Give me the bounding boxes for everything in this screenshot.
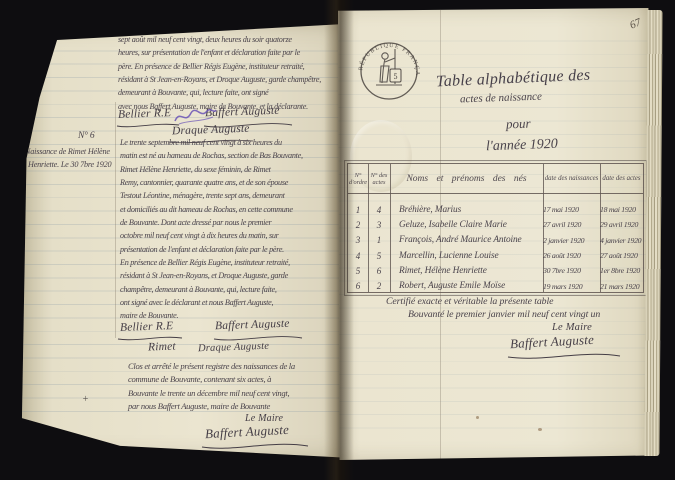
cell-actedate: 1er 8bre 1920 [600,266,643,275]
closure-paragraph: Clos et arrêté le présent registre des n… [128,360,295,413]
cell-birthdate: 30 7bre 1920 [543,266,600,275]
handwritten-line: Testout Léontine, ménagère, trente sept … [120,189,303,202]
paper-spot [476,416,479,419]
cell-order: 6 [348,281,368,291]
handwritten-line: heures, sur présentation de l'enfant et … [118,46,321,59]
signature-baffert-2: Baffert Auguste [215,318,290,333]
column-header-order: N° d'ordre [348,164,368,193]
table-row: 3 1 François, André Maurice Antoine 2 ja… [348,233,643,248]
stamp-text: RÉPUBLIQUE FRANÇAISE [354,36,420,77]
cell-name: Bréhière, Marius [390,205,543,215]
table-row: 1 4 Bréhière, Marius 17 mai 1920 18 mai … [348,202,643,217]
handwritten-line: par nous Baffert Auguste, maire de Bouva… [128,400,295,413]
signature-bellier-2: Bellier R.E [120,320,174,334]
margin-cross-mark: + [82,394,89,405]
cell-order: 2 [348,220,368,230]
column-header-acte: N° des actes [368,164,390,193]
handwritten-line: champêtre, demeurant à Bouvante, qui, le… [120,283,303,296]
table-row: 4 5 Marcellin, Lucienne Louise 26 août 1… [348,248,643,263]
handwritten-line: Clos et arrêté le présent registre des n… [128,360,295,373]
table-header-row: N° d'ordre N° des actes Noms et prénoms … [348,164,643,194]
cell-actedate: 21 mars 1920 [600,282,643,291]
cell-birthdate: 26 août 1920 [543,251,600,260]
svg-text:RÉPUBLIQUE FRANÇAISE: RÉPUBLIQUE FRANÇAISE [354,36,420,77]
register-right-page: 67 RÉPUBLIQUE FRANÇAISE 5 Table alphabét… [338,8,650,460]
handwritten-line: commune de Bouvante, contenant six actes… [128,373,295,386]
handwritten-line: Bouvante le trente un décembre mil neuf … [128,387,295,400]
page-stack-edges [644,10,662,456]
act6-paragraph: Le trente septembre mil neuf cent vingt … [120,136,303,323]
cell-acte: 4 [368,205,390,215]
cell-order: 3 [348,235,368,245]
cell-actedate: 29 avril 1920 [600,220,643,229]
handwritten-line: père. En présence de Bellier Régis Eugèn… [118,60,321,73]
table-row: 2 3 Geluze, Isabelle Claire Marie 27 avr… [348,217,643,232]
cell-name: François, André Maurice Antoine [390,235,543,245]
table-title-line3: pour [506,116,531,133]
cell-birthdate: 27 avril 1920 [543,220,600,229]
handwritten-line: Le trente septembre mil neuf cent vingt … [120,136,303,149]
cell-name: Geluze, Isabelle Claire Marie [390,220,543,230]
page-number: 67 [628,16,643,31]
handwritten-line: sept août mil neuf cent vingt, deux heur… [118,33,321,46]
register-left-page: sept août mil neuf cent vingt, deux heur… [20,24,345,458]
handwritten-line: ont signé avec le déclarant et nous Baff… [120,296,303,309]
cell-order: 4 [348,251,368,261]
cell-order: 5 [348,266,368,276]
handwritten-line: Rimet Hélène Henriette, du sexe féminin,… [120,163,303,176]
cell-name: Robert, Auguste Emile Moïse [390,281,543,291]
republique-francaise-stamp-icon: RÉPUBLIQUE FRANÇAISE 5 [354,36,424,106]
stamp-value: 5 [394,72,398,81]
column-header-actedate: date des actes [600,164,643,193]
signature-flourish [506,350,622,362]
signature-draque-2: Draque Auguste [198,341,269,354]
cell-birthdate: 17 mai 1920 [543,205,600,214]
cell-name: Rimet, Hélène Henriette [390,266,543,276]
cell-acte: 5 [368,251,390,261]
table-body: 1 4 Bréhière, Marius 17 mai 1920 18 mai … [348,194,643,292]
handwritten-line: résidant à St Jean-en-Royans, et Droque … [120,269,303,282]
signature-baffert-certification: Baffert Auguste [510,332,595,352]
handwritten-line: Remy, cantonnier, quarante quatre ans, e… [120,176,303,189]
cell-acte: 2 [368,281,390,291]
cell-actedate: 27 août 1920 [600,251,643,260]
signature-flourish [200,440,310,452]
cell-actedate: 18 mai 1920 [600,205,643,214]
certification-line: Certifié exacte et véritable la présente… [386,296,553,307]
cell-birthdate: 19 mars 1920 [543,282,600,291]
table-title-line4: l'année 1920 [486,137,558,155]
cell-acte: 6 [368,266,390,276]
handwritten-line: octobre mil neuf cent vingt à dix heures… [120,229,303,242]
signature-baffert-closure: Baffert Auguste [205,422,290,442]
handwritten-line: et domiciliés au dit hameau de Rochas, e… [120,203,303,216]
signature-flourish [116,121,180,129]
act5-continuation-paragraph: sept août mil neuf cent vingt, deux heur… [118,33,321,113]
birth-acts-table: N° d'ordre N° des actes Noms et prénoms … [347,163,644,293]
table-title-line2: actes de naissance [460,91,542,106]
table-row: 6 2 Robert, Auguste Emile Moïse 19 mars … [348,278,643,293]
handwritten-line: de Bouvante. Dont acte dressé par nous l… [120,216,303,229]
cell-order: 1 [348,205,368,215]
margin-note-line: Henriette. Le 30 7bre 1920 [28,158,111,171]
handwritten-line: résidant à St Jean-en-Royans, et Droque … [118,73,321,86]
paper-spot [538,428,542,431]
table-row: 5 6 Rimet, Hélène Henriette 30 7bre 1920… [348,263,643,278]
handwritten-line: En présence de Bellier Régis Eugène, ins… [120,256,303,269]
cell-acte: 3 [368,220,390,230]
signature-baffert: Baffert Auguste [205,105,280,120]
handwritten-line: demeurant à Bouvante, qui, lecture faite… [118,86,321,99]
signature-rimet: Rimet [148,341,176,354]
certification-line: Bouvanté le premier janvier mil neuf cen… [408,309,600,320]
signature-bellier: Bellier R.E [118,107,172,121]
margin-act-number: N° 6 [78,130,94,143]
margin-line-left [115,102,116,338]
cell-actedate: 4 janvier 1920 [600,236,643,245]
table-title-line1: Table alphabétique des [436,67,591,92]
handwritten-line: matin est né au hameau de Rochas, sectio… [120,149,303,162]
cell-name: Marcellin, Lucienne Louise [390,251,543,261]
margin-note-line: Naissance de Rimet Hélène [25,145,110,158]
handwritten-line: présentation de l'enfant et déclaration … [120,243,303,256]
cell-acte: 1 [368,235,390,245]
column-header-names: Noms et prénoms des nés [390,164,543,193]
column-header-birthdate: date des naissances [543,164,600,193]
cell-birthdate: 2 janvier 1920 [543,236,600,245]
